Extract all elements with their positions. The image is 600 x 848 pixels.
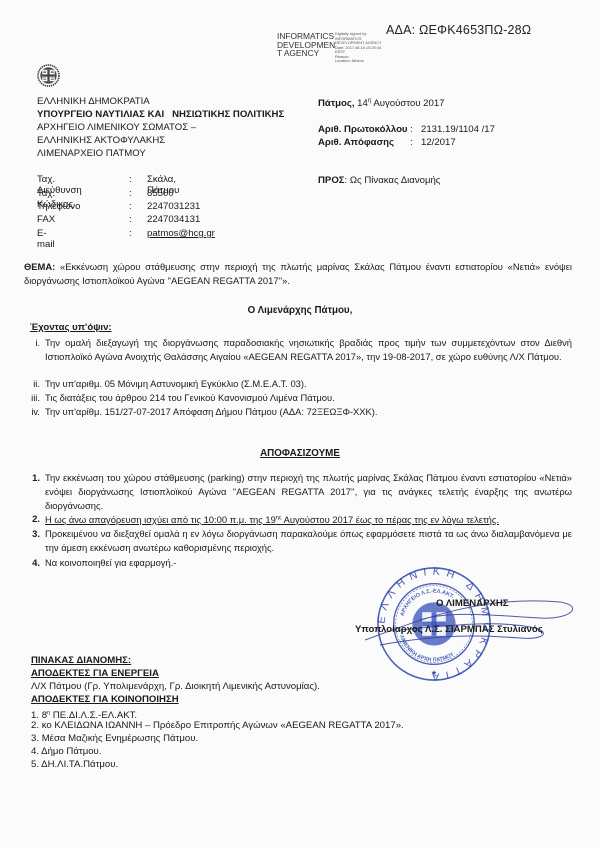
header-ministry: ΥΠΟΥΡΓΕΙΟ ΝΑΥΤΙΛΙΑΣ ΚΑΙ ΝΗΣΙΩΤΙΚΗΣ ΠΟΛΙΤ…: [37, 108, 284, 121]
distribution-heading: ΠΙΝΑΚΑΣ ΔΙΑΝΟΜΗΣ:: [31, 655, 131, 667]
item-text-a: Η ως άνω απαγόρευση ισχύει από τις 10:00…: [45, 514, 276, 525]
item-num: 2.: [31, 720, 39, 731]
subject-text: «Εκκένωση χώρου στάθμευσης στην περιοχή …: [24, 261, 572, 286]
contact-label: FAX: [37, 214, 55, 225]
colon: :: [129, 214, 132, 225]
item-num: 2.: [20, 512, 40, 526]
authority-title: Ο Λιμενάρχης Πάτμου,: [0, 305, 600, 317]
colon: :: [410, 124, 413, 135]
considering-heading: Έχοντας υπ'όψιν:: [30, 322, 112, 334]
signatory-name: Υποπλοίαρχος Λ.Σ. ΣΙΑΡΜΠΑΣ Στυλιανός: [355, 624, 543, 636]
decision-item: 1.Την εκκένωση του χώρου στάθμευσης (par…: [20, 471, 572, 512]
item-text: Την υπ'αριθμ. 05 Μόνιμη Αστυνομική Εγκύκ…: [45, 377, 572, 391]
header-port-authority: ΛΙΜΕΝΑΡΧΕΙΟ ΠΑΤΜΟΥ: [37, 147, 284, 160]
item-num: 5.: [31, 759, 39, 770]
decision-number: Αριθ. Απόφασης:12/2017: [318, 137, 578, 150]
subject: ΘΕΜΑ: «Εκκένωση χώρου στάθμευσης στην πε…: [24, 260, 572, 288]
email-link[interactable]: patmos@hcg.gr: [147, 228, 215, 239]
item-text: Μέσα Μαζικής Ενημέρωσης Πάτμου.: [42, 733, 198, 744]
item-text: Την εκκένωση του χώρου στάθμευσης (parki…: [45, 471, 572, 512]
sig-org-line: T AGENCY: [277, 49, 335, 58]
item-text: ΔΗ.ΛΙ.ΤΑ.Πάτμου.: [41, 759, 118, 770]
item-text: Την υπ'αρίθμ. 151/27-07-2017 Απόφαση Δήμ…: [45, 405, 572, 419]
item-num: 1.: [20, 471, 40, 485]
action-recipients-heading: ΑΠΟΔΕΚΤΕΣ ΓΙΑ ΕΝΕΡΓΕΙΑ: [31, 668, 159, 680]
info-recipient: 3. Μέσα Μαζικής Ενημέρωσης Πάτμου.: [31, 733, 198, 745]
protocol-number: Αριθ. Πρωτοκόλλου:2131.19/1104 /17: [318, 124, 578, 137]
ada-code: ΑΔΑ: ΩΕΦΚ4653ΠΩ-28Ω: [386, 23, 531, 37]
item-text: κο ΚΛΕΙΔΩΝΑ ΙΩΑΝΝΗ – Πρόεδρο Επιτροπής Α…: [42, 720, 404, 731]
digital-signature-meta: Digitally signed by INFORMATICS DEVELOPM…: [335, 32, 382, 64]
colon: :: [129, 188, 132, 199]
item-text: Την ομαλή διεξαγωγή της διοργάνωσης παρα…: [45, 336, 572, 364]
place-date: Πάτμος, 14η Αυγούστου 2017: [318, 95, 445, 110]
recipient: ΠΡΟΣ: Ως Πίνακας Διανομής: [318, 175, 440, 187]
recipient-label: ΠΡΟΣ: [318, 175, 345, 186]
contact-value: 2247031231: [147, 201, 200, 212]
considering-item: i.Την ομαλή διεξαγωγή της διοργάνωσης πα…: [20, 336, 572, 364]
info-recipient: 2. κο ΚΛΕΙΔΩΝΑ ΙΩΑΝΝΗ – Πρόεδρο Επιτροπή…: [31, 720, 404, 732]
header-block: ΕΛΛΗΝΙΚΗ ΔΗΜΟΚΡΑΤΙΑ ΥΠΟΥΡΓΕΙΟ ΝΑΥΤΙΛΙΑΣ …: [37, 95, 284, 160]
item-num: 3.: [20, 527, 40, 541]
item-num: iv.: [20, 405, 40, 419]
decision-item: 3.Προκειμένου να διεξαχθεί ομαλά η εν λό…: [20, 527, 572, 555]
signatory-title: Ο ΛΙΜΕΝΑΡΧΗΣ: [436, 598, 509, 610]
info-recipient: 5. ΔΗ.ΛΙ.ΤΑ.Πάτμου.: [31, 759, 118, 771]
item-text-b: Αυγούστου 2017 έως το πέρας της εν λόγω …: [282, 514, 499, 525]
day: 14: [357, 98, 368, 109]
ref-value: 12/2017: [421, 137, 456, 148]
considering-item: ii.Την υπ'αριθμ. 05 Μόνιμη Αστυνομική Εγ…: [20, 377, 572, 391]
header-hq: ΑΡΧΗΓΕΙΟ ΛΙΜΕΝΙΚΟΥ ΣΩΜΑΤΟΣ –: [37, 121, 284, 134]
colon: :: [129, 201, 132, 212]
item-text: Δήμο Πάτμου.: [41, 746, 101, 757]
header-republic: ΕΛΛΗΝΙΚΗ ΔΗΜΟΚΡΑΤΙΑ: [37, 95, 284, 108]
item-text: Η ως άνω απαγόρευση ισχύει από τις 10:00…: [45, 512, 572, 527]
item-num: 4.: [31, 746, 39, 757]
considering-item: iv.Την υπ'αρίθμ. 151/27-07-2017 Απόφαση …: [20, 405, 572, 419]
decision-heading: ΑΠΟΦΑΣΙΖΟΥΜΕ: [0, 448, 600, 460]
ref-label: Αριθ. Απόφασης: [318, 137, 394, 148]
day-suffix: η: [368, 98, 371, 104]
place: Πάτμος,: [318, 98, 355, 109]
item-num: ii.: [20, 377, 40, 391]
recipient-value: : Ως Πίνακας Διανομής: [345, 175, 441, 186]
colon: :: [129, 174, 132, 185]
ref-value: 2131.19/1104 /17: [421, 124, 495, 135]
decision-item: 2.Η ως άνω απαγόρευση ισχύει από τις 10:…: [20, 512, 572, 527]
month-year: Αυγούστου 2017: [373, 98, 444, 109]
considering-item: iii.Τις διατάξεις του άρθρου 214 του Γεν…: [20, 391, 572, 405]
item-num: i.: [20, 336, 40, 350]
item-num: iii.: [20, 391, 40, 405]
item-text: Τις διατάξεις του άρθρου 214 του Γενικού…: [45, 391, 572, 405]
contact-label: E-mail: [37, 228, 55, 250]
item-num: 3.: [31, 733, 39, 744]
svg-text:★: ★: [431, 669, 437, 677]
contact-value: 2247034131: [147, 214, 200, 225]
coat-of-arms-icon: [37, 64, 60, 87]
subject-label: ΘΕΜΑ:: [24, 261, 55, 272]
colon: :: [129, 228, 132, 239]
sig-meta-line: Location: Athens: [335, 59, 382, 64]
info-recipients-heading: ΑΠΟΔΕΚΤΕΣ ΓΙΑ ΚΟΙΝΟΠΟΙΗΣΗ: [31, 694, 179, 706]
item-text: Προκειμένου να διεξαχθεί ομαλά η εν λόγω…: [45, 527, 572, 555]
info-recipient: 4. Δήμο Πάτμου.: [31, 746, 101, 758]
ref-label: Αριθ. Πρωτοκόλλου: [318, 124, 408, 135]
header-coastguard: ΕΛΛΗΝΙΚΗΣ ΑΚΤΟΦΥΛΑΚΗΣ: [37, 134, 284, 147]
action-recipient: Λ/Χ Πάτμου (Γρ. Υπολιμενάρχη, Γρ. Διοικη…: [31, 681, 320, 693]
digital-signature-org: INFORMATICS DEVELOPMEN T AGENCY: [277, 32, 335, 58]
item-num: 4.: [20, 556, 40, 570]
contact-value: 85500: [147, 188, 174, 199]
contact-label: Τηλέφωνο: [37, 201, 80, 212]
colon: :: [410, 137, 413, 148]
